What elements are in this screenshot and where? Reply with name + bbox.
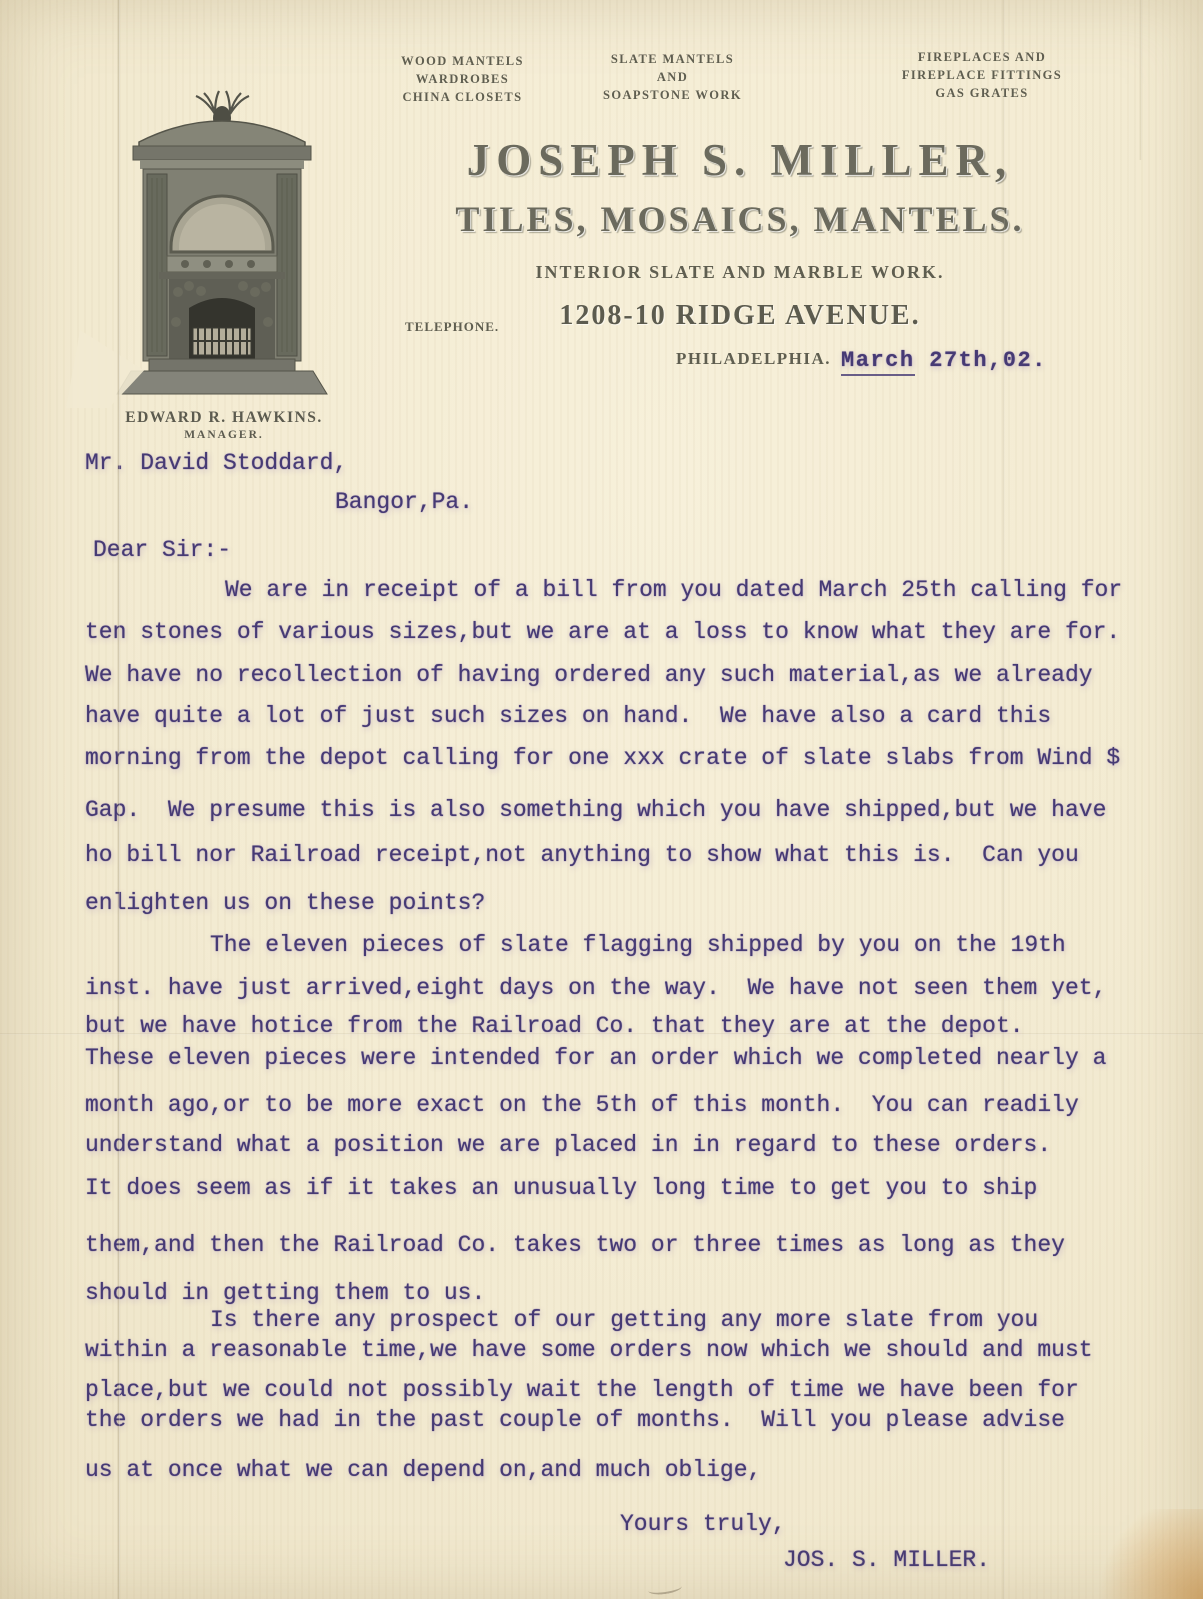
- typed-date-month: March: [841, 348, 915, 376]
- service-item: CHINA CLOSETS: [350, 88, 575, 106]
- service-item: FIREPLACE FITTINGS: [862, 66, 1102, 84]
- corner-stain: [1083, 1509, 1203, 1599]
- service-item: GAS GRATES: [862, 84, 1102, 102]
- fireplace-illustration: [103, 82, 341, 400]
- pencil-mark: [647, 1581, 682, 1597]
- company-subtitle: INTERIOR SLATE AND MARBLE WORK.: [385, 262, 1095, 283]
- recipient-name: Mr. David Stoddard,: [85, 450, 347, 476]
- service-item: SLATE MANTELS: [560, 50, 785, 68]
- service-item: WARDROBES: [350, 70, 575, 88]
- letter-page: WOOD MANTELS WARDROBES CHINA CLOSETS SLA…: [0, 0, 1203, 1599]
- signature: JOS. S. MILLER.: [783, 1547, 990, 1573]
- city-date-line: PHILADELPHIA.March 27th,02.: [676, 348, 1047, 373]
- service-item: SOAPSTONE WORK: [560, 86, 785, 104]
- service-item: FIREPLACES AND: [862, 48, 1102, 66]
- company-tagline: TILES, MOSAICS, MANTELS.: [385, 198, 1095, 240]
- fireplace-engraving-icon: [103, 82, 341, 400]
- vertical-fold-crease: [117, 0, 120, 1599]
- vertical-fold-crease: [1139, 0, 1142, 160]
- services-column-right: FIREPLACES AND FIREPLACE FITTINGS GAS GR…: [862, 48, 1102, 102]
- company-name: JOSEPH S. MILLER,: [385, 134, 1095, 186]
- typed-date-day-year: 27th,02.: [929, 348, 1047, 373]
- services-column-middle: SLATE MANTELS AND SOAPSTONE WORK: [560, 50, 785, 104]
- manager-name: EDWARD R. HAWKINS.: [100, 409, 348, 427]
- service-item: AND: [560, 68, 785, 86]
- services-column-left: WOOD MANTELS WARDROBES CHINA CLOSETS: [350, 52, 575, 106]
- horizontal-fold-crease: [0, 1033, 1203, 1035]
- closing: Yours truly,: [620, 1511, 786, 1537]
- service-item: WOOD MANTELS: [350, 52, 575, 70]
- salutation: Dear Sir:-: [93, 537, 231, 563]
- typed-date: March 27th,02.: [841, 348, 1047, 373]
- city-label: PHILADELPHIA.: [676, 349, 831, 368]
- street-address: 1208-10 RIDGE AVENUE.: [470, 300, 1010, 332]
- vertical-fold-crease: [1002, 0, 1005, 1599]
- manager-title: MANAGER.: [100, 429, 348, 441]
- recipient-place: Bangor,Pa.: [335, 489, 473, 515]
